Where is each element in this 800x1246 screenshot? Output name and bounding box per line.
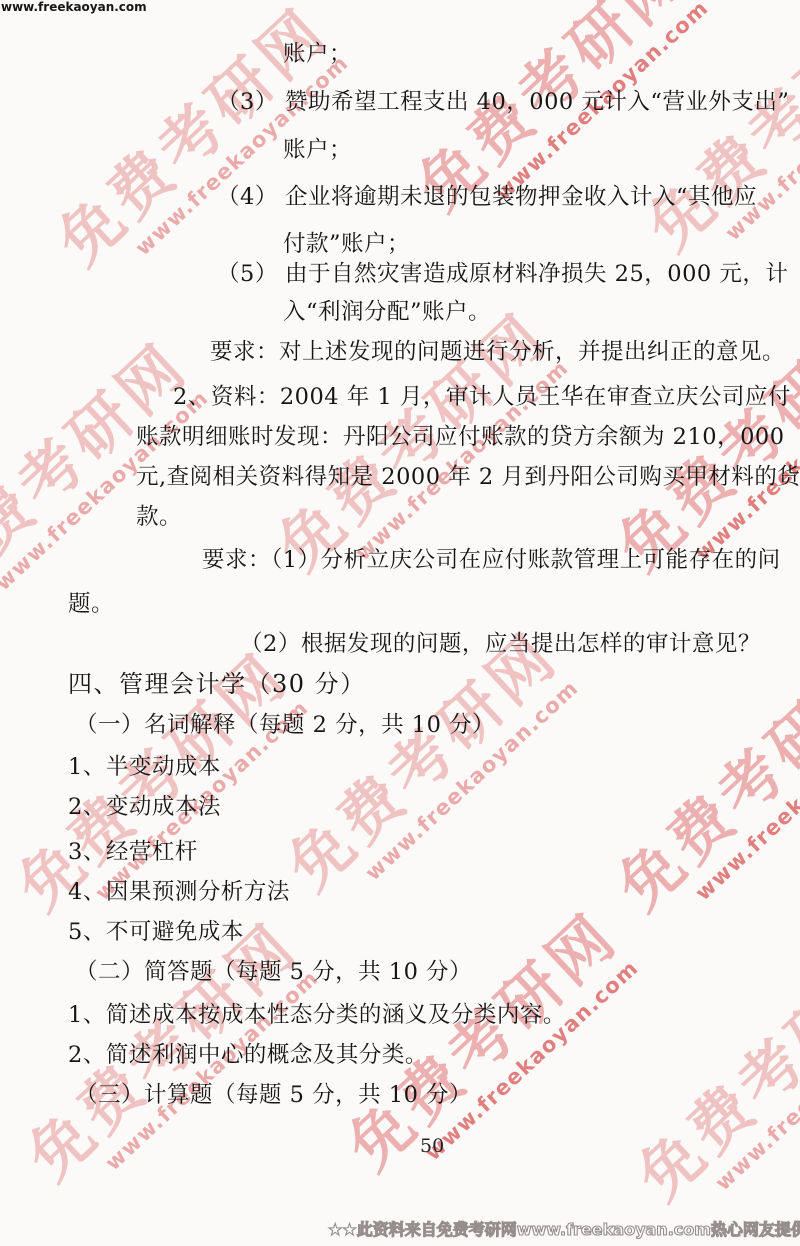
item-text: 由于自然灾害造成原材料净损失 25，000 元，计 (285, 261, 788, 287)
numbered-question: 1、简述成本按成本性态分类的涵义及分类内容。 (68, 1003, 566, 1028)
section-heading: 四、管理会计学（30 分） (68, 671, 366, 697)
item-text: 赞助希望工程支出 40，000 元计入“营业外支出” (285, 89, 789, 115)
numbered-term: 1、半变动成本 (68, 755, 221, 780)
document-page: www.freekaoyan.com 账户； （3）赞助希望工程支出 40，00… (0, 0, 800, 1246)
text-line: 款。 (136, 505, 182, 530)
list-item-3: （3）赞助希望工程支出 40，000 元计入“营业外支出” (217, 90, 789, 115)
text-line: （2）根据发现的问题，应当提出怎样的审计意见？ (240, 632, 761, 657)
text-line: 2、资料：2004 年 1 月，审计人员王华在审查立庆公司应付 (173, 385, 791, 410)
text-line: 付款”账户； (283, 232, 410, 257)
item-number: （3） (217, 90, 285, 115)
text-line: 题。 (68, 592, 114, 617)
subsection-heading: （二）简答题（每题 5 分，共 10 分） (75, 960, 472, 985)
corner-site-url: www.freekaoyan.com (1, 0, 147, 14)
requirement-line: 要求：对上述发现的问题进行分析，并提出纠正的意见。 (210, 340, 785, 365)
text-line: 元,查阅相关资料得知是 2000 年 2 月到丹阳公司购买甲材料的货 (136, 465, 800, 490)
text-line: 账户； (283, 42, 352, 67)
subsection-heading: （一）名词解释（每题 2 分，共 10 分） (75, 713, 495, 738)
numbered-term: 4、因果预测分析方法 (68, 880, 290, 905)
text-line: 账户； (283, 138, 352, 163)
subsection-heading: （三）计算题（每题 5 分，共 10 分） (75, 1083, 472, 1108)
numbered-term: 2、变动成本法 (68, 795, 221, 820)
text-line: 账款明细账时发现：丹阳公司应付账款的贷方余额为 210，000 (136, 425, 785, 450)
requirement-line: 要求：（1）分析立庆公司在应付账款管理上可能存在的问 (202, 548, 781, 573)
footer-credit-line: ★★此资料来自免费考研网www.freekaoyan.com热心网友提供★★ (328, 1217, 800, 1240)
item-text: 企业将逾期未退的包装物押金收入计入“其他应 (285, 184, 757, 210)
item-number: （5） (217, 262, 285, 287)
page-number: 50 (420, 1135, 444, 1157)
numbered-term: 5、不可避免成本 (68, 920, 244, 945)
item-number: （4） (217, 185, 285, 210)
list-item-5: （5）由于自然灾害造成原材料净损失 25，000 元，计 (217, 262, 788, 287)
numbered-term: 3、经营杠杆 (68, 840, 198, 865)
text-line: 入“利润分配”账户。 (283, 300, 491, 325)
list-item-4: （4）企业将逾期未退的包装物押金收入计入“其他应 (217, 185, 757, 210)
numbered-question: 2、简述利润中心的概念及其分类。 (68, 1043, 428, 1068)
